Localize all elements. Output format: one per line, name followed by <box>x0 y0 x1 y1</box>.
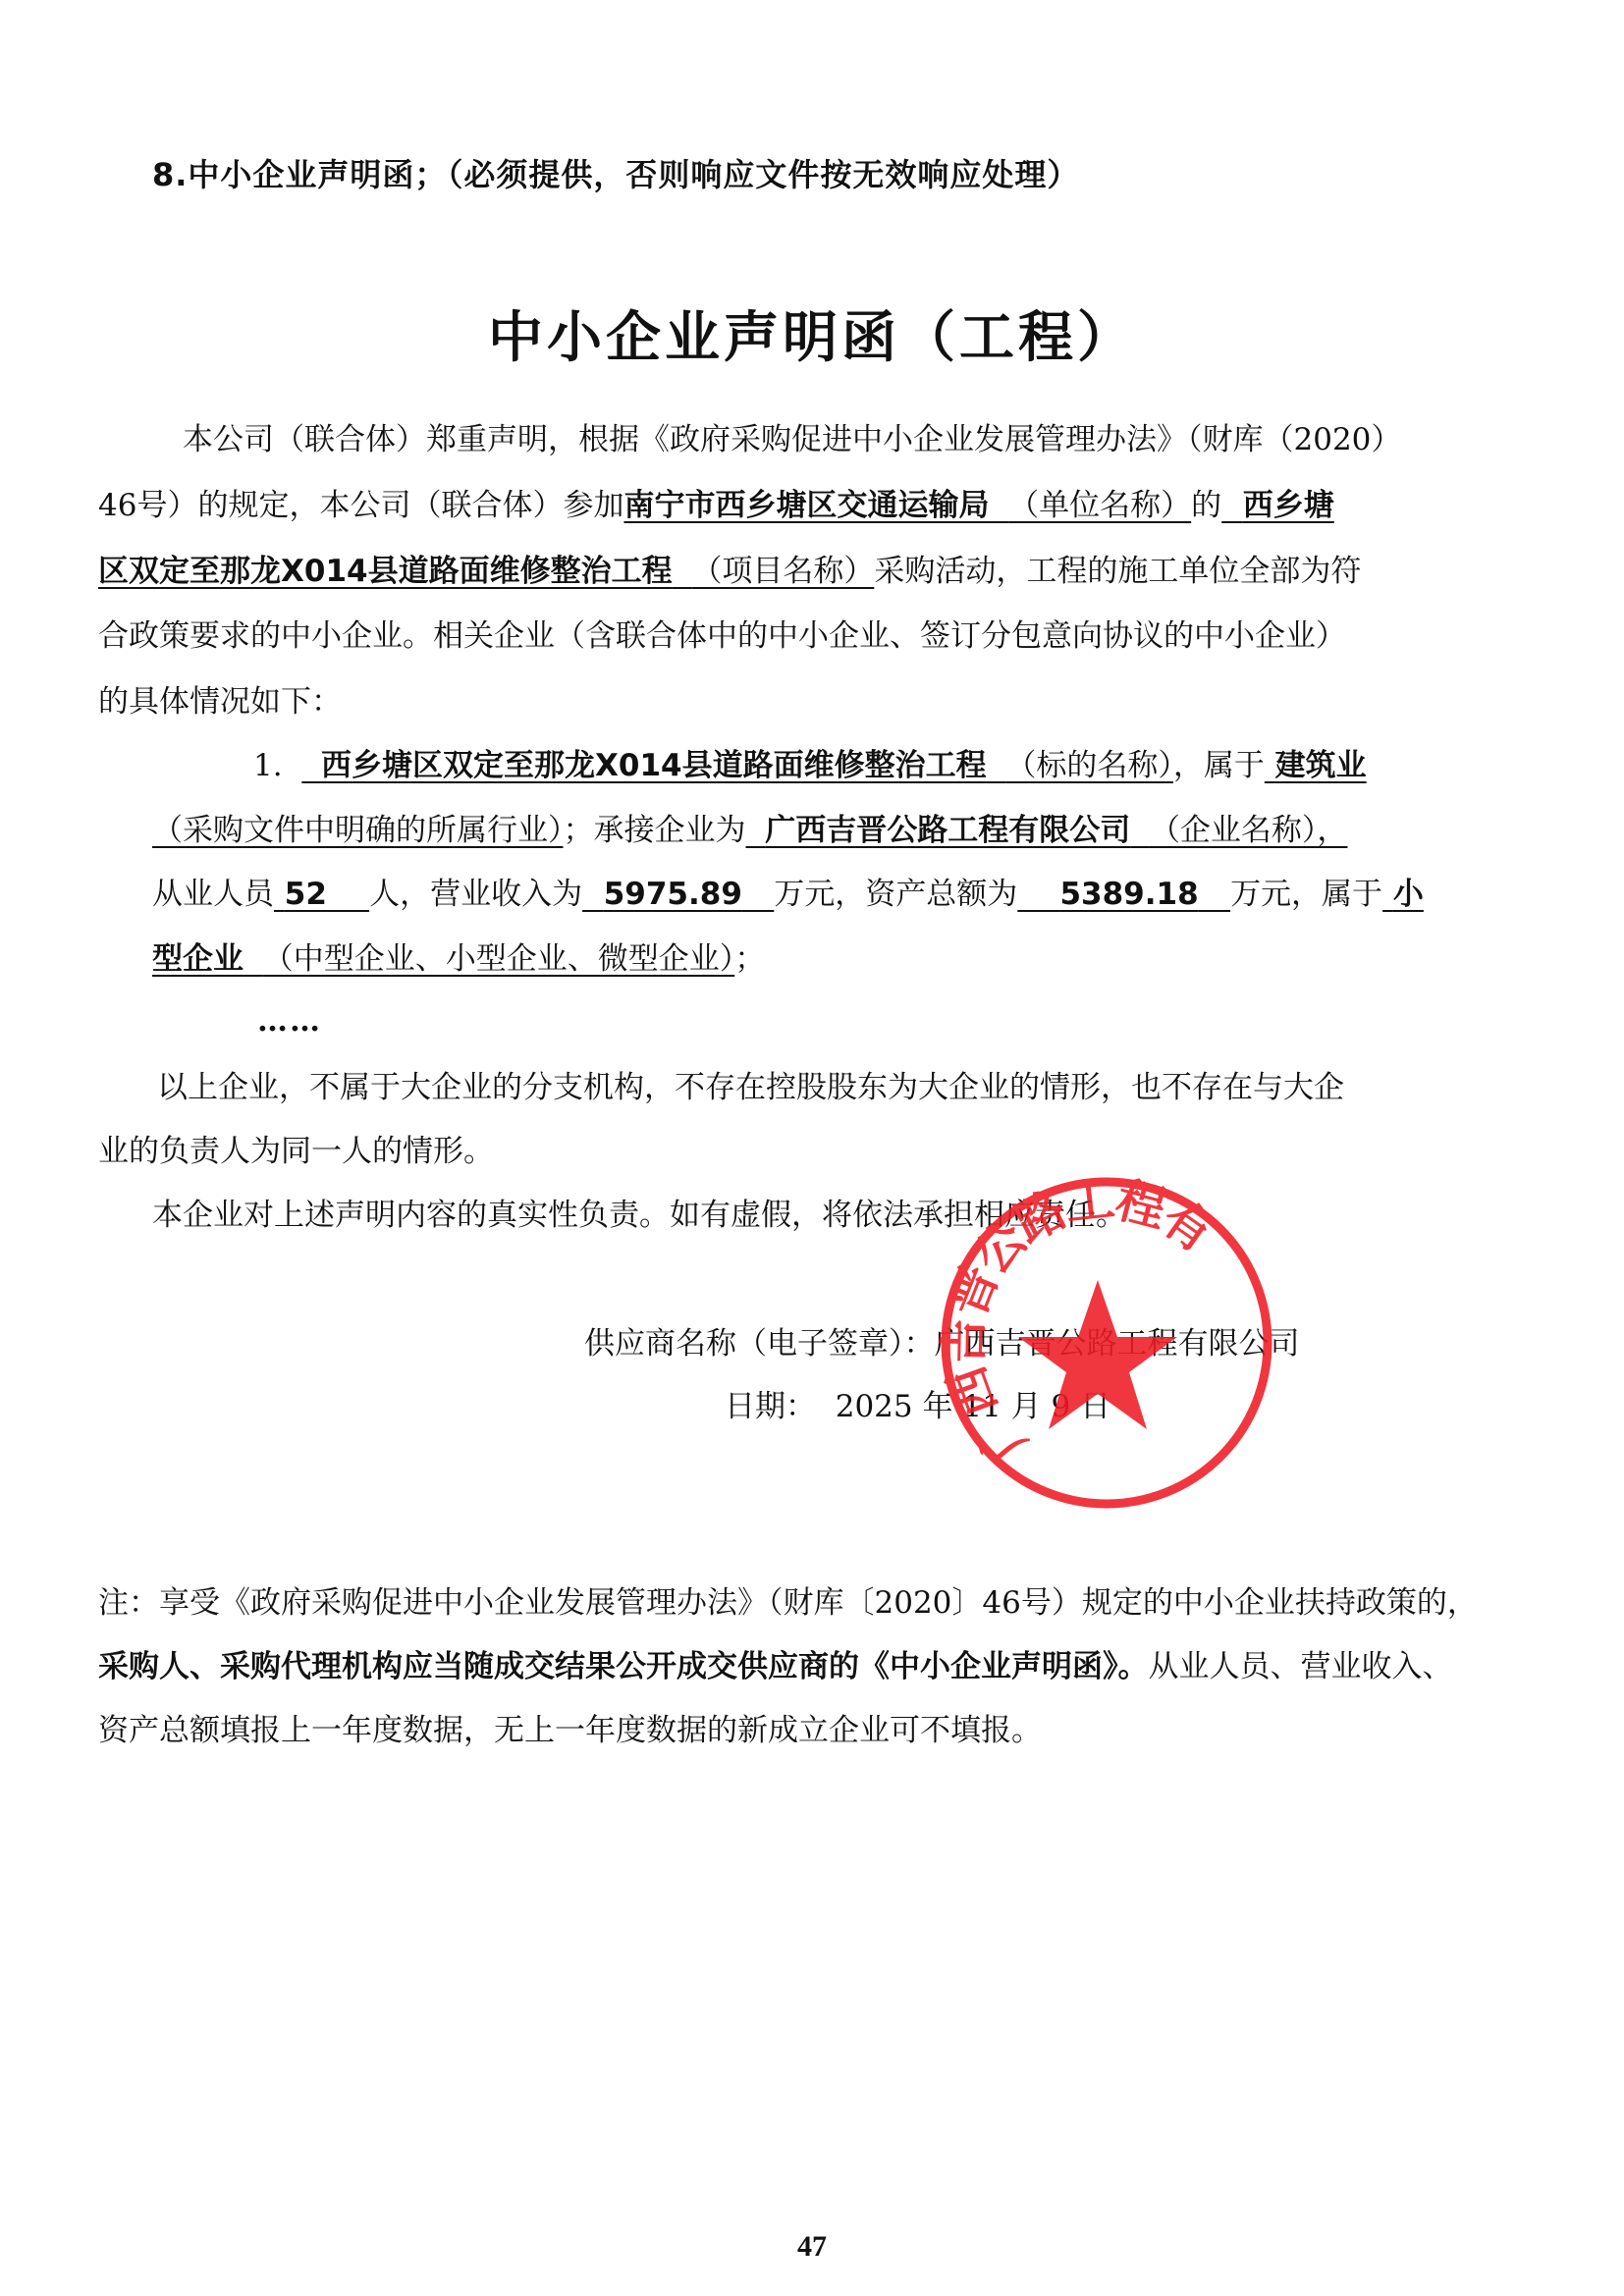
subject-label: （标的名称） <box>1005 748 1173 783</box>
paragraph1-line5: 的具体情况如下： <box>98 682 342 721</box>
company-label: （企业名称）， <box>1150 813 1348 848</box>
project-name-part2: 区双定至那龙X014县道路面维修整治工程 <box>98 554 673 589</box>
document-title: 中小企业声明函（工程） <box>0 294 1624 373</box>
assets-suffix: 万元，属于 <box>1230 877 1382 912</box>
date-label: 日期： <box>725 1389 816 1424</box>
supplier-label: 供应商名称（电子签章）： <box>584 1326 935 1362</box>
belongs-to: ，属于 <box>1173 748 1265 783</box>
supplier-line: 供应商名称（电子签章）：广西吉晋公路工程有限公司 <box>584 1324 1300 1363</box>
employees-value: 52 <box>285 877 327 912</box>
size-field: 型企业 （中型企业、小型企业、微型企业） <box>152 941 734 977</box>
paragraph1-line2: 46号）的规定，本公司（联合体）参加南宁市西乡塘区交通运输局 （单位名称）的 西… <box>98 486 1334 525</box>
paragraph1-line3: 区双定至那龙X014县道路面维修整治工程 （项目名称）采购活动，工程的施工单位全… <box>98 552 1361 591</box>
month-unit: 月 <box>1011 1389 1042 1424</box>
item-end: ； <box>734 941 765 977</box>
unit-name-field: 南宁市西乡塘区交通运输局 （单位名称） <box>623 488 1191 523</box>
item-number: 1. <box>253 748 283 783</box>
assets-value: 5389.18 <box>1059 877 1198 912</box>
line2-mid: 的 <box>1191 488 1221 523</box>
year-unit: 年 <box>922 1389 952 1424</box>
size-part1: 小 <box>1382 877 1424 912</box>
size-part2: 型企业 <box>152 941 244 977</box>
revenue-value: 5975.89 <box>604 877 742 912</box>
note-line1: 注：享受《政府采购促进中小企业发展管理办法》（财库〔2020〕46号）规定的中小… <box>98 1583 1478 1623</box>
contractor-prefix: ；承接企业为 <box>564 813 746 848</box>
industry-label: （采购文件中明确的所属行业） <box>152 813 564 848</box>
paragraph2-line2: 业的负责人为同一人的情形。 <box>98 1132 494 1171</box>
day-unit: 日 <box>1080 1389 1110 1424</box>
employees-field: 52 <box>274 877 369 912</box>
date-year: 2025 <box>836 1389 913 1424</box>
unit-label: （单位名称） <box>1008 488 1191 523</box>
paragraph1-line4: 合政策要求的中小企业。相关企业（含联合体中的中小企业、签订分包意向协议的中小企业… <box>98 616 1346 656</box>
revenue-suffix: 万元，资产总额为 <box>774 877 1017 912</box>
project-label: （项目名称） <box>691 554 874 589</box>
ellipsis: …… <box>257 1001 322 1041</box>
revenue-field: 5975.89 <box>582 877 774 912</box>
note-line2-rest: 从业人员、营业收入、 <box>1149 1649 1453 1684</box>
subject-name: 西乡塘区双定至那龙X014县道路面维修整治工程 <box>321 748 987 783</box>
note-line2-bold: 采购人、采购代理机构应当随成交结果公开成交供应商的《中小企业声明函》。 <box>98 1649 1149 1684</box>
size-part1-text: 小 <box>1393 877 1424 912</box>
item1-line3: 从业人员 52 人，营业收入为 5975.89 万元，资产总额为 5389.18… <box>152 875 1424 914</box>
item1-line2: （采购文件中明确的所属行业）；承接企业为 广西吉晋公路工程有限公司 （企业名称）… <box>152 811 1347 850</box>
subject-field: 西乡塘区双定至那龙X014县道路面维修整治工程 （标的名称） <box>301 748 1173 783</box>
item1-line4: 型企业 （中型企业、小型企业、微型企业）； <box>152 939 765 979</box>
industry: 建筑业 <box>1265 748 1367 783</box>
company-field: 广西吉晋公路工程有限公司 （企业名称）， <box>746 813 1348 848</box>
paragraph3: 本企业对上述声明内容的真实性负责。如有虚假，将依法承担相应责任。 <box>152 1196 1126 1235</box>
size-label: （中型企业、小型企业、微型企业） <box>263 941 735 977</box>
unit-name: 南宁市西乡塘区交通运输局 <box>623 488 989 523</box>
project-name-part1: 西乡塘 <box>1221 488 1334 523</box>
item1-line1: 1. 西乡塘区双定至那龙X014县道路面维修整治工程 （标的名称），属于 建筑业 <box>253 746 1367 785</box>
industry-text: 建筑业 <box>1275 748 1367 783</box>
line2-prefix: 46号）的规定，本公司（联合体）参加 <box>98 488 623 523</box>
assets-field: 5389.18 <box>1017 877 1230 912</box>
note-line3: 资产总额填报上一年度数据，无上一年度数据的新成立企业可不填报。 <box>98 1711 1042 1750</box>
date-line: 日期： 2025 年 11 月 9 日 <box>725 1387 1110 1426</box>
date-day: 9 <box>1052 1389 1071 1424</box>
line3-suffix: 采购活动，工程的施工单位全部为符 <box>874 554 1361 589</box>
date-month: 11 <box>962 1389 1001 1424</box>
employees-suffix: 人，营业收入为 <box>369 877 582 912</box>
project-name-field: 区双定至那龙X014县道路面维修整治工程 （项目名称） <box>98 554 874 589</box>
supplier-name: 广西吉晋公路工程有限公司 <box>935 1326 1300 1362</box>
project-name-part1-text: 西乡塘 <box>1243 488 1334 523</box>
note-line2: 采购人、采购代理机构应当随成交结果公开成交供应商的《中小企业声明函》。从业人员、… <box>98 1647 1453 1686</box>
company-name: 广西吉晋公路工程有限公司 <box>765 813 1130 848</box>
paragraph2-line1: 以上企业，不属于大企业的分支机构，不存在控股股东为大企业的情形，也不存在与大企 <box>157 1068 1344 1107</box>
section-header: 8.中小企业声明函；（必须提供，否则响应文件按无效响应处理） <box>152 155 1079 194</box>
paragraph1-line1: 本公司（联合体）郑重声明，根据《政府采购促进中小企业发展管理办法》（财库（202… <box>183 420 1401 459</box>
page-number: 47 <box>0 2230 1624 2264</box>
employees-prefix: 从业人员 <box>152 877 274 912</box>
